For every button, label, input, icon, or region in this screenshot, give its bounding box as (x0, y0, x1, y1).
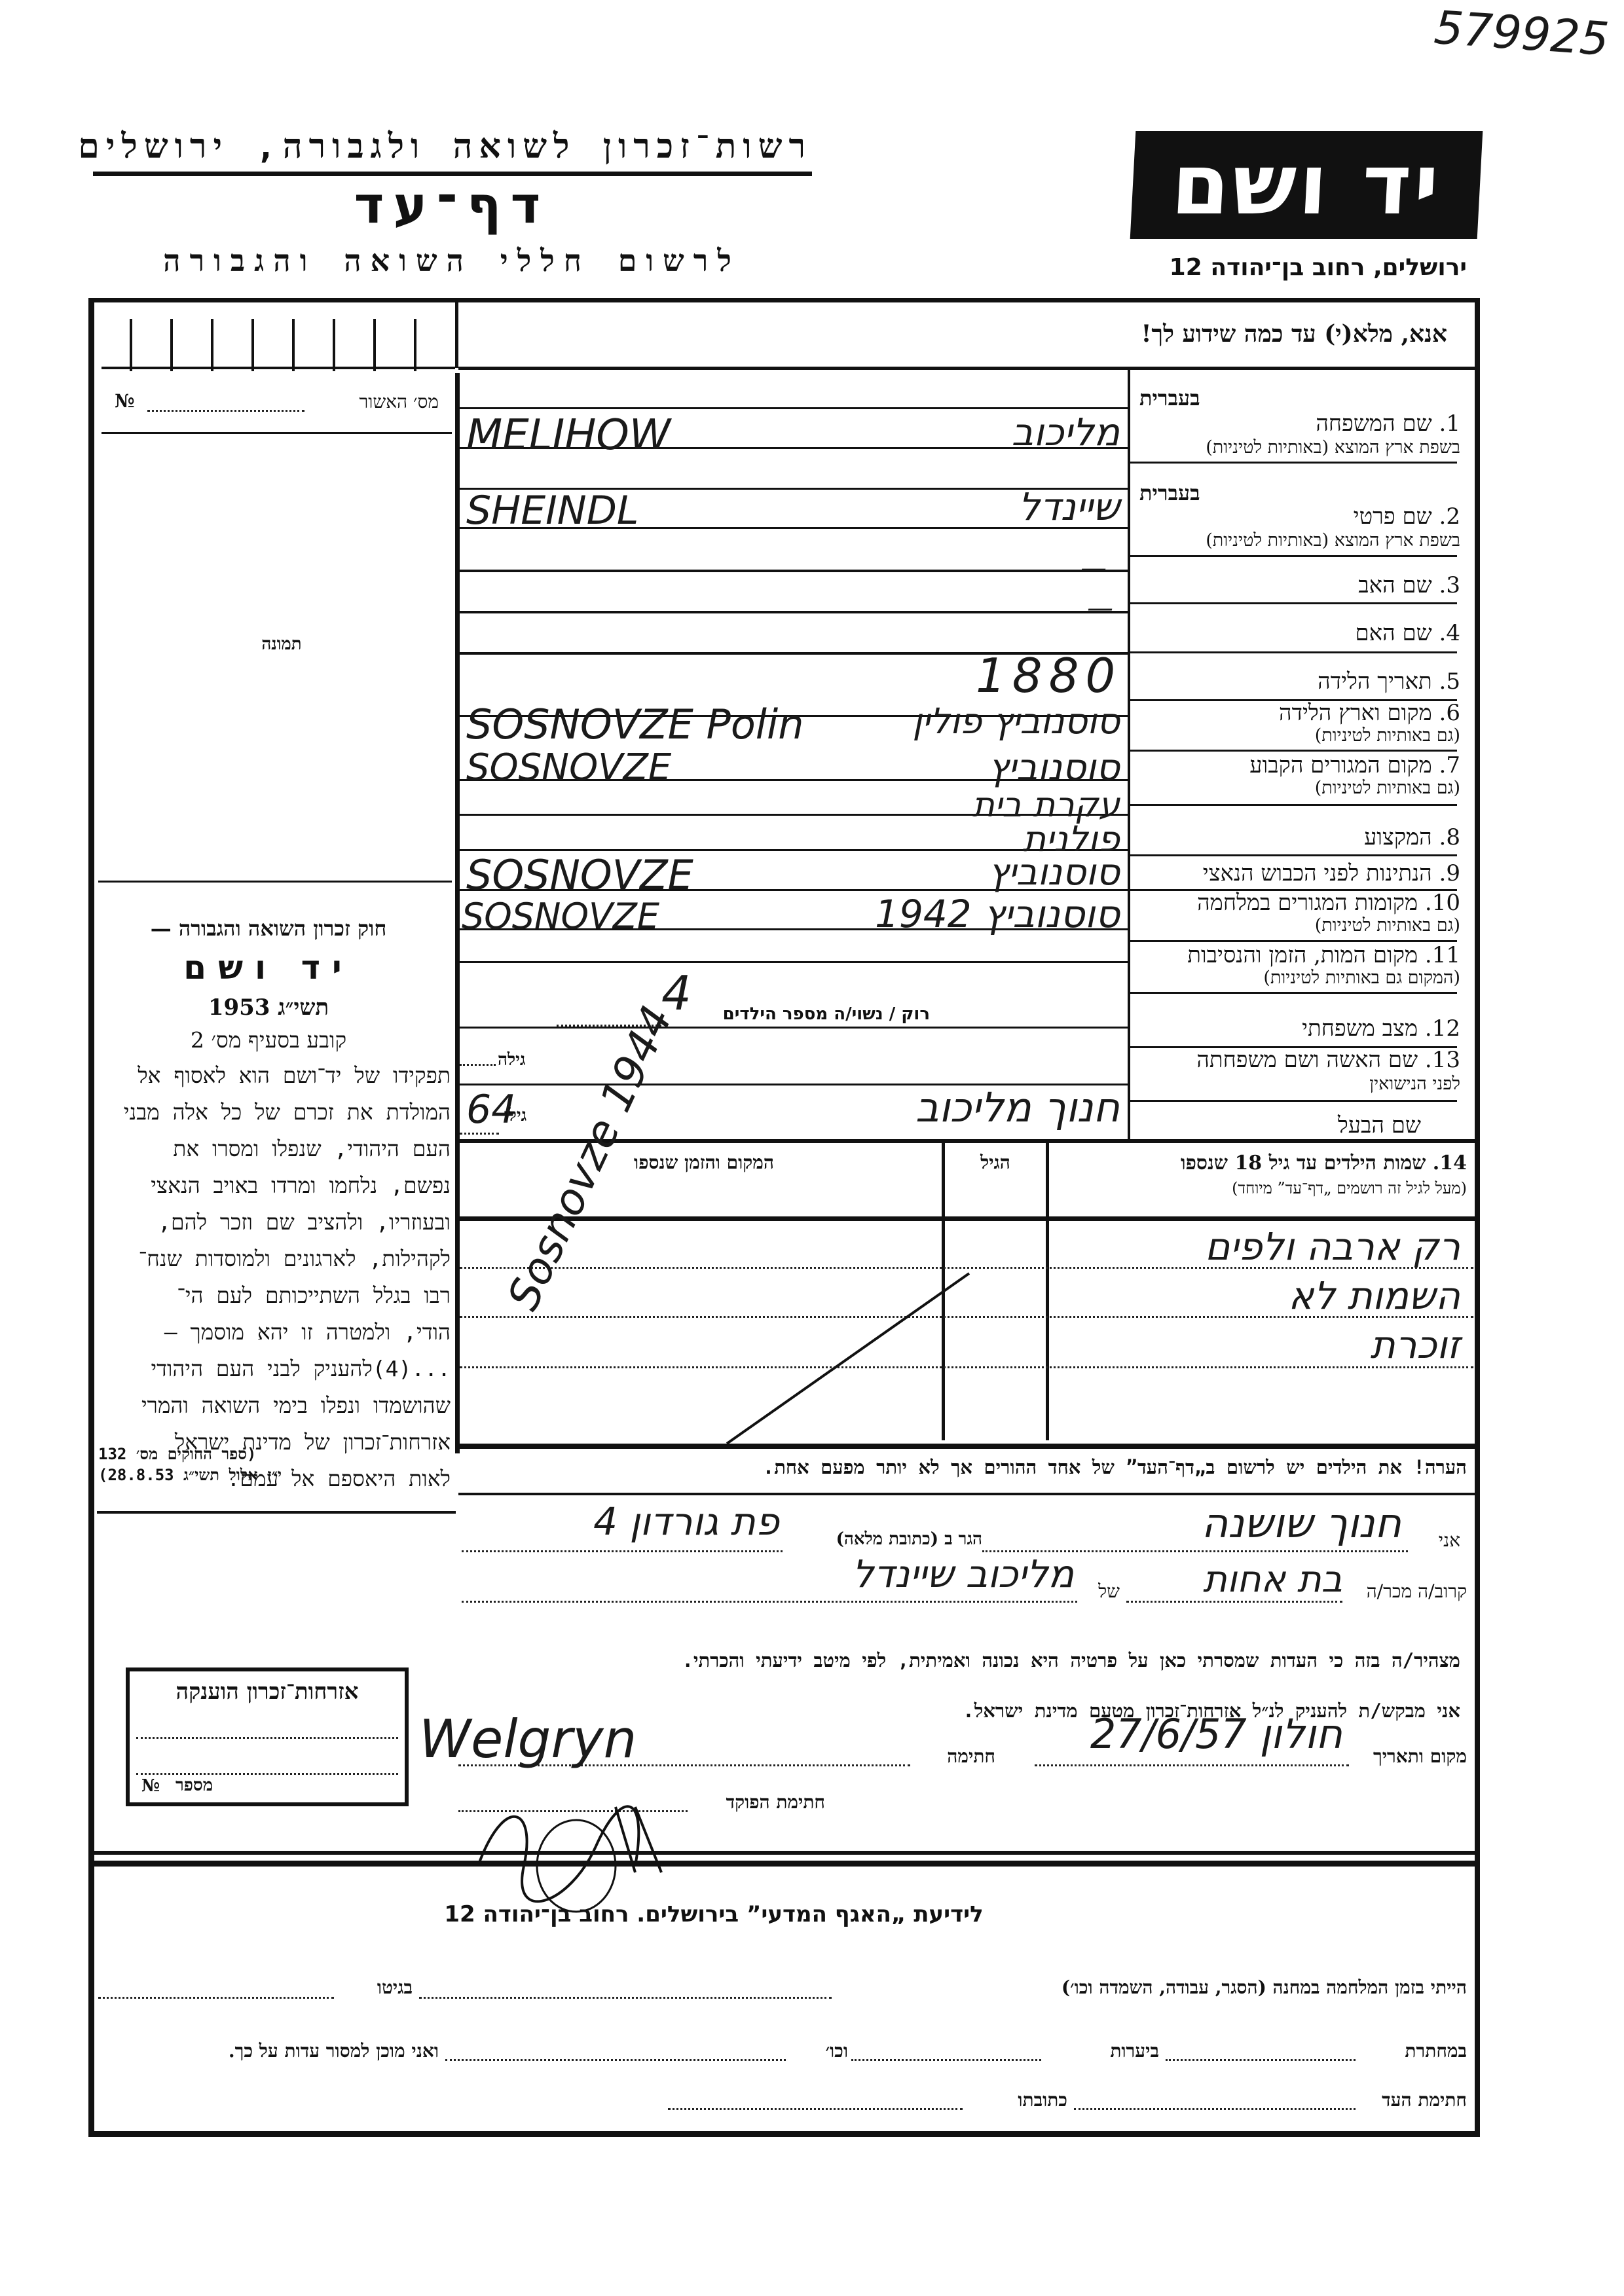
wife-age-field[interactable] (460, 1064, 496, 1066)
tick-base-rule (101, 367, 455, 369)
field-7-label: 7. מקום המגורים הקבוע (1139, 753, 1460, 778)
witness-ghetto-field[interactable] (98, 1997, 334, 1999)
field-5-label: 5. תאריך הלידה (1139, 669, 1460, 695)
field-rule (1130, 854, 1457, 856)
tick-mark (292, 319, 295, 371)
children-strike-line (720, 1270, 982, 1447)
field-10-value-latin[interactable]: SOSNOVZE (466, 851, 693, 899)
law-line: המולדת את זכרם של כל אלה מבני (97, 1094, 451, 1131)
approval-rule (101, 432, 452, 434)
field-rule (1130, 462, 1457, 464)
children-place-header: המקום והזמן שנספו (471, 1152, 936, 1173)
left-column-border (455, 373, 460, 1453)
children-age-header: הגיל (946, 1152, 1044, 1173)
declaration-of-label: של (1080, 1581, 1120, 1602)
field-11-label: 11. מקום המות, הזמן והנסיבות (1139, 943, 1460, 968)
children-label: 14. שמות הילדים עד גיל 18 שנספו (1054, 1152, 1467, 1175)
declaration-address-value[interactable]: פת גורדון 4 (485, 1499, 779, 1544)
address: ירושלים, רחוב בן־יהודה 12 (1113, 254, 1467, 281)
wife-age-label: גילה (498, 1051, 563, 1070)
place-date-value[interactable]: חולון 27/6/57 (1035, 1710, 1342, 1758)
field-11-value-hebrew[interactable]: סוסנוביץ 1942 (707, 892, 1120, 936)
logo-text: יד ושם (1169, 136, 1443, 234)
field-7-value-latin[interactable]: SOSNOVZE (466, 746, 671, 789)
law-name: יד ושם (98, 949, 439, 987)
law-title: חוק זכרון השואה והגבורה — (98, 917, 439, 941)
law-section: קובע בסעיף מס׳ 2 (98, 1028, 439, 1053)
declaration-relation-value[interactable]: בת אחות (1126, 1558, 1342, 1601)
declaration-i-label: אני (1414, 1530, 1460, 1551)
photo-area[interactable] (101, 435, 452, 874)
field-rule (1130, 651, 1457, 653)
tick-mark (170, 319, 173, 371)
tick-mark (211, 319, 213, 371)
instruction-rule (458, 367, 1475, 370)
witness-line1-a: הייתי בזמן המלחמה במחנה (הסגר, עבודה, הש… (838, 1977, 1467, 1998)
field-6-label: 6. מקום וארץ הלידה (1139, 701, 1460, 726)
citizenship-box: אזרחות־זכרון הוענקה מספר № (126, 1667, 409, 1806)
witness-camp-field[interactable] (419, 1997, 832, 1999)
children-header-rule (458, 1216, 1475, 1221)
field-8-label: 8. המקצוע (1139, 825, 1460, 850)
field-husband-label: שם הבעל (1139, 1113, 1421, 1139)
form-subtitle: לרשום חללי השואה והגבורה (92, 244, 812, 278)
field-2-sub: בשפת ארץ המוצא (באותיות לטיניות) (1132, 530, 1460, 551)
tick-mark (130, 319, 132, 371)
field-10-label: 10. מקומות המגורים במלחמה (1139, 890, 1460, 916)
field-rule (1130, 750, 1457, 752)
photo-bottom-rule (98, 881, 452, 883)
declaration-statement: מצהיר/ה בזה כי העדות שמסרתי כאן על פרטיה… (471, 1650, 1460, 1671)
field-rule (1130, 804, 1457, 806)
tick-mark (251, 319, 254, 371)
law-paragraph: תפקידו של יד־ושם הוא לאסוף אל המולדת את … (97, 1057, 451, 1497)
declaration-relation-field[interactable] (1126, 1601, 1342, 1603)
witness-line2-a: במחתרת (1362, 2041, 1467, 2062)
children-name-3[interactable]: זוכרת (1054, 1322, 1460, 1367)
field-6-sub: (גם באותיות לטיניות) (1132, 725, 1460, 746)
header-rule (93, 172, 812, 176)
witness-line3-a: חתימת העד (1362, 2090, 1467, 2111)
field-10-value-hebrew[interactable]: סוסנוביץ (891, 851, 1120, 894)
law-line: שהושמדו ונפלו בימי השואה והמרי (97, 1387, 451, 1424)
law-citation-1: (ספר החוקים מס׳ 132 (98, 1446, 295, 1464)
field-11-value-latin[interactable]: SOSNOVZE (462, 896, 659, 937)
document-number: 579925 (1432, 1, 1610, 66)
declaration-of-value[interactable]: מליכוב שיינדל (589, 1552, 1074, 1596)
label-column-border (1128, 370, 1130, 1139)
children-name-2[interactable]: השמות לא (1054, 1273, 1460, 1318)
field-7-value-hebrew[interactable]: סוסנוביץ (891, 746, 1120, 789)
value-rule (458, 961, 1128, 963)
field-2-value-latin[interactable]: SHEINDL (466, 488, 638, 534)
field-13-label: 13. שם האשה ושם משפחתה (1139, 1048, 1460, 1073)
field-13-sub: לפני הנישואין (1132, 1074, 1460, 1094)
law-line: הודי, ולמטרה זו יהא מוסמך — (97, 1314, 451, 1351)
witness-underground-field[interactable] (1166, 2059, 1356, 2061)
field-1-label: 1. שם המשפחה (1139, 411, 1460, 437)
place-date-label: מקום ותאריך (1356, 1746, 1467, 1767)
top-row-divider (455, 302, 458, 368)
signature-value[interactable]: Welgryn (419, 1709, 637, 1770)
law-line: נפשם, נלחמו ומרדו באויב הנאצי (97, 1167, 451, 1204)
field-2-label: 2. שם פרטי (1139, 504, 1460, 530)
field-rule (1130, 992, 1457, 994)
witness-signature-field[interactable] (1074, 2108, 1356, 2110)
citizenship-number-label: מספר (175, 1776, 254, 1796)
husband-age-field[interactable] (460, 1133, 499, 1135)
law-line: ...(4)להעניק לבני העם היהודי (97, 1351, 451, 1387)
children-col-divider (1046, 1142, 1049, 1440)
law-line: תפקידו של יד־ושם הוא לאסוף אל (97, 1057, 451, 1094)
field-12-label: 12. מצב משפחתי (1139, 1016, 1460, 1042)
citizenship-number-symbol: № (141, 1776, 160, 1796)
law-line: ובעוזריו, ולהציב שם וזכר להם, (97, 1204, 451, 1241)
field-10-sub: (גם באותיות לטיניות) (1132, 915, 1460, 936)
declaration-of-field[interactable] (462, 1601, 1077, 1603)
field-6-value-latin[interactable]: SOSNOVZE Polin (466, 701, 804, 748)
witness-line2-b: ביערות (1048, 2041, 1159, 2062)
tick-mark (373, 319, 376, 371)
citizenship-number-field[interactable] (136, 1773, 398, 1775)
signature-label: חתימה (917, 1746, 995, 1767)
form-top-border (88, 298, 1480, 302)
official-signature-stamp (465, 1768, 681, 1918)
note-bottom-rule (458, 1493, 1475, 1495)
field-5-value[interactable]: 1880 (976, 648, 1122, 703)
form-left-border (88, 298, 94, 2131)
declaration-resides-label: הגר ב (כתובת מלאה) (786, 1530, 982, 1550)
approval-number-symbol: № (115, 390, 134, 412)
field-3-label: 3. שם האב (1139, 573, 1460, 598)
field-1-value-latin[interactable]: MELIHOW (466, 411, 671, 460)
official-signature-label: חתימת הפוקד (694, 1792, 825, 1813)
citizenship-box-title: אזרחות־זכרון הוענקה (136, 1679, 398, 1705)
declaration-double-rule-2 (92, 1861, 1477, 1867)
law-line: העם היהודי, שנפלו ומסרו את (97, 1131, 451, 1167)
place-date-field[interactable] (1035, 1764, 1349, 1766)
declaration-double-rule-1 (92, 1851, 1477, 1855)
form-right-border (1475, 298, 1480, 2131)
field-9-label: 9. הנתינות לפני הכבוש הנאצי (1139, 861, 1460, 886)
children-bottom-rule (458, 1444, 1475, 1449)
field-7-sub: (גם באותיות לטיניות) (1132, 778, 1460, 798)
field-11-sub: (המקום גם באותיות לטיניות) (1132, 968, 1460, 988)
husband-name-value[interactable]: חנוך מליכוב (694, 1084, 1120, 1131)
children-name-1[interactable]: רק ארבה ולפים (1054, 1224, 1460, 1269)
children-note: הערה! את הילדים יש לרשום ב„דף־העד” של אח… (465, 1457, 1467, 1478)
law-line: רבו בגלל השתייכותם לעם הי־ (97, 1277, 451, 1314)
field-6-value-hebrew[interactable]: סוסנוביץ פולין (825, 701, 1120, 742)
instruction: אנא, מלא(י) עד כמה שידוע לך! (471, 321, 1447, 348)
declaration-name-value[interactable]: חנוך שושנה (1008, 1499, 1401, 1547)
witness-line2-c: וכו׳ (789, 2041, 848, 2062)
field-1-sub: בשפת ארץ המוצא (באותיות לטיניות) (1132, 437, 1460, 458)
law-bottom-rule (97, 1511, 456, 1514)
witness-line1-b: בגיטו (341, 1977, 413, 1998)
witness-forests-field[interactable] (851, 2059, 1041, 2061)
field-2-value-hebrew[interactable]: שיינדל (956, 484, 1120, 529)
approval-number-label: מס׳ האשור (308, 392, 439, 412)
field-4-value[interactable]: — (1087, 593, 1113, 623)
tick-mark (333, 319, 335, 371)
children-sub: (מעל לגיל זה רושמים „דף־עד” מיוחד) (1054, 1180, 1467, 1198)
form-title: דף־עד (92, 177, 812, 236)
witness-title: לידיעת „האגף המדעי” בירושלים. רחוב בן־יה… (196, 1902, 1231, 1927)
org-name: רשות־זכרון לשואה ולגבורה, ירושלים (92, 128, 812, 167)
yad-vashem-logo: יד ושם (1130, 131, 1483, 239)
value-rule (458, 407, 1128, 409)
field-2-hebrew-note: בעברית (1139, 481, 1297, 505)
field-rule (1130, 1100, 1457, 1102)
field-4-label: 4. שם האם (1139, 621, 1460, 646)
law-line: לקהילות, לארגונים ולמוסדות שנח־ (97, 1241, 451, 1277)
field-rule (1130, 555, 1457, 557)
law-year: תשי״ג 1953 (98, 995, 439, 1021)
declaration-relative-label: קרוב/ה מכר/ה (1349, 1581, 1467, 1602)
tick-mark (414, 319, 416, 371)
value-rule (458, 1027, 1128, 1029)
value-rule (458, 570, 1128, 572)
witness-line2-d: ואני מוכן למסור עדות על כך. (98, 2041, 439, 2062)
value-rule (458, 611, 1128, 613)
witness-etc-field[interactable] (445, 2059, 786, 2061)
form-bottom-border (88, 2131, 1480, 2137)
field-1-hebrew-note: בעברית (1139, 386, 1297, 410)
citizenship-field[interactable] (136, 1737, 398, 1739)
field-1-value-hebrew[interactable]: מליכוב (956, 410, 1120, 454)
witness-line3-b: כתובתו (969, 2090, 1067, 2111)
approval-number-field[interactable] (147, 410, 304, 412)
field-rule (1130, 602, 1457, 604)
law-citation-2: י״ז אלול תשי״ג 28.8.53) (98, 1467, 295, 1485)
husband-age-label: גילו (504, 1106, 570, 1126)
field-3-value[interactable]: — (1080, 553, 1107, 583)
witness-address-field[interactable] (668, 2108, 963, 2110)
